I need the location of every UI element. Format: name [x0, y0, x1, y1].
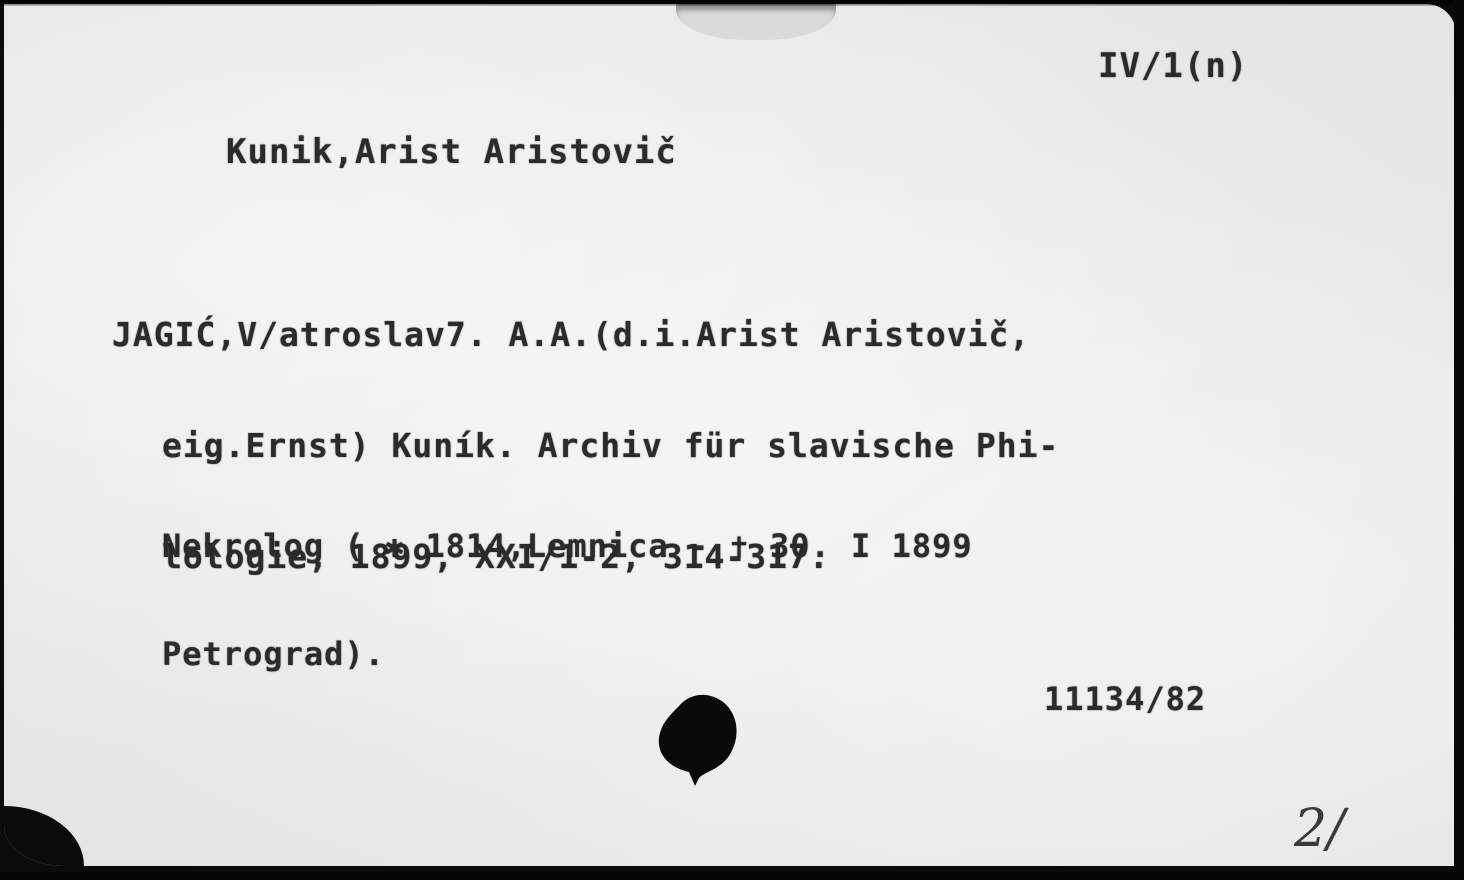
note-line-1: Nekrolog ( ✱ 1814,Lemnica - ✝ 30. I 1899: [162, 528, 973, 564]
worn-corner: [4, 806, 84, 866]
subject-heading: Kunik,Arist Aristovič: [226, 132, 677, 172]
accession-number: 11134/82: [1044, 680, 1206, 718]
necrology-note: Nekrolog ( ✱ 1814,Lemnica - ✝ 30. I 1899…: [162, 456, 973, 744]
card-tab-notch: [676, 4, 836, 40]
shelfmark: IV/1(n): [1098, 46, 1248, 86]
entry-line-1: JAGIĆ,V/atroslav7. A.A.(d.i.Arist Aristo…: [112, 316, 1059, 353]
catalog-card: IV/1(n) Kunik,Arist Aristovič JAGIĆ,V/at…: [4, 4, 1456, 866]
top-shadow: [0, 0, 1464, 6]
punch-hole-icon: [649, 686, 749, 786]
handwritten-mark: 2/: [1294, 799, 1345, 859]
note-line-2: Petrograd).: [162, 636, 973, 672]
right-edge: [1454, 0, 1464, 880]
bottom-edge: [0, 872, 1464, 880]
